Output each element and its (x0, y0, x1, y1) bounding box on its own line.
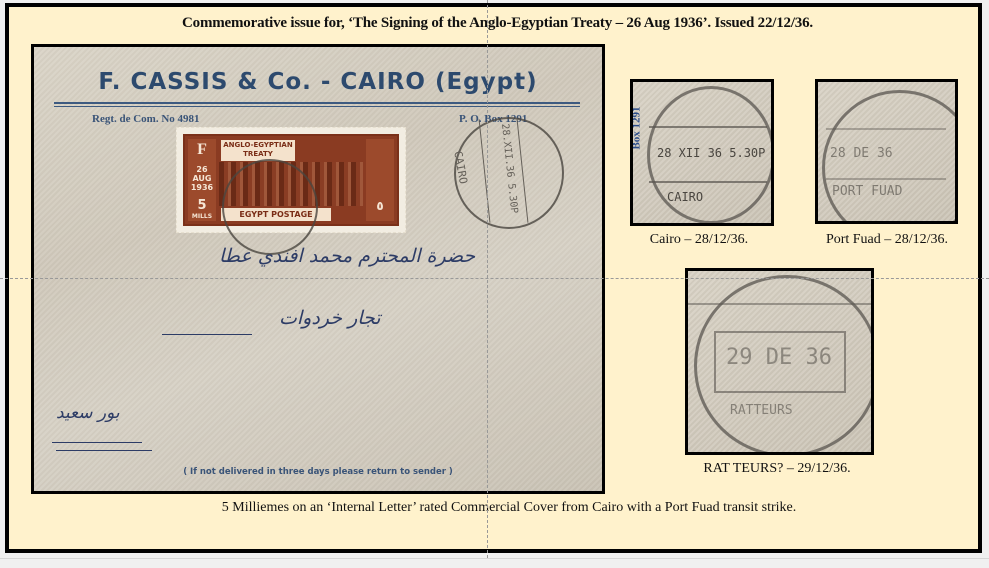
page-title: Commemorative issue for, ‘The Signing of… (9, 15, 986, 32)
address-underline (162, 334, 252, 335)
address-line-2: تجار خردوات (279, 307, 381, 329)
ratteurs-crop-place: RATTEURS (730, 403, 793, 418)
ratteurs-crop-date: 29 DE 36 (726, 345, 832, 370)
cairo-postmark-crop: 28 XII 36 5.30P CAIRO Box 1291 (630, 79, 774, 226)
cairo-crop-place: CAIRO (667, 190, 703, 204)
cairo-caption: Cairo – 28/12/36. (623, 232, 775, 248)
city-underline-2 (56, 450, 152, 451)
port-fuad-caption: Port Fuad – 28/12/36. (807, 232, 967, 248)
cairo-crop-date: 28 XII 36 5.30P (657, 146, 765, 160)
address-city: بور سعيد (56, 403, 120, 423)
stamp-value: 5 (188, 198, 216, 213)
letterhead-rule-thin (54, 106, 580, 107)
port-fuad-postmark-crop: 28 DE 36 PORT FUAD (815, 79, 958, 224)
ratteurs-caption: RAT TEURS? – 29/12/36. (689, 461, 865, 477)
bottom-strip (0, 558, 989, 568)
registration-number: Regt. de Com. No 4981 (92, 113, 200, 125)
cover-image: F. CASSIS & Co. - CAIRO (Egypt) Regt. de… (31, 44, 605, 494)
address-line-1: حضرة المحترم محمد افندي عطا (219, 245, 475, 267)
stamp-right-panel: ٥ (366, 139, 394, 221)
stamp-left-panel: F 26 AUG 1936 5 MILLS (188, 139, 216, 221)
port-fuad-crop-date: 28 DE 36 (830, 146, 893, 161)
postmark-date: 28.XII.36 5.30P (499, 123, 519, 214)
letterhead-rule (54, 102, 580, 104)
vertical-guide-line (487, 0, 488, 568)
cairo-crop-box-text: Box 1291 (631, 106, 643, 149)
crown-f-icon: F (188, 141, 216, 159)
stamp-cancel-postmark (222, 159, 318, 255)
port-fuad-crop-place: PORT FUAD (832, 184, 902, 199)
company-letterhead: F. CASSIS & Co. - CAIRO (Egypt) (34, 69, 602, 95)
city-underline (52, 442, 142, 443)
stamp-value-unit: MILLS (188, 213, 216, 220)
return-to-sender-note: ( If not delivered in three days please … (34, 467, 602, 477)
cover-description: 5 Milliemes on an ‘Internal Letter’ rate… (9, 500, 989, 516)
cairo-postmark: 28.XII.36 5.30P CAIRO (454, 117, 564, 229)
stamp-arabic-value: ٥ (366, 199, 394, 213)
ratteurs-postmark-crop: 29 DE 36 RATTEURS (685, 268, 874, 455)
horizontal-guide-line (0, 278, 989, 279)
stamp-banner: ANGLO-EGYPTIAN TREATY (221, 140, 295, 161)
stamp-date: 26 AUG 1936 (188, 165, 216, 192)
postmark-city: CAIRO (451, 150, 470, 185)
